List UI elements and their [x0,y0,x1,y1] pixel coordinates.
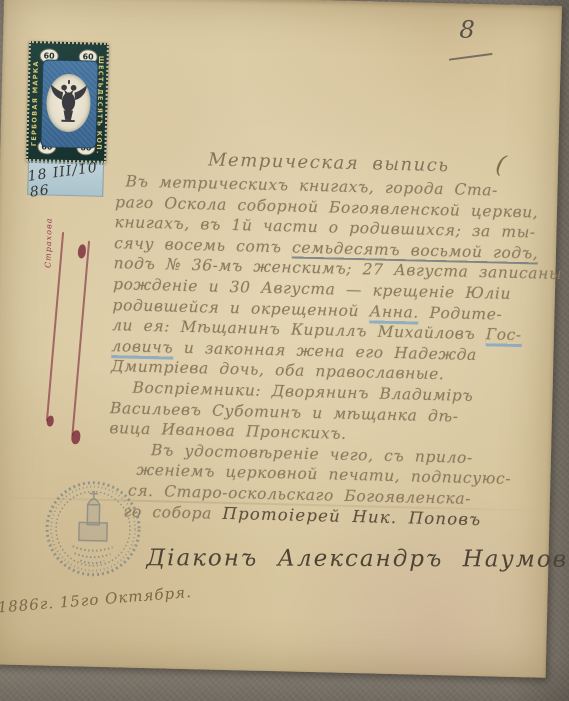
document-page: ГЕРБОВАЯ МАРКА ШЕСТЬДЕСЯТЪ КОП. 60 60 60… [0,0,562,678]
revenue-stamp-frame: ГЕРБОВАЯ МАРКА ШЕСТЬДЕСЯТЪ КОП. 60 60 60… [26,41,109,163]
red-ink-blot [47,416,54,427]
margin-note-label: Страхова [43,217,53,268]
document-title: Метрическая выпись [208,149,450,176]
margin-note-red: Страхова [31,215,107,452]
ink-flourish: ( [493,150,509,180]
page-number: 8 [459,16,475,44]
text-run: сячу восемь сотъ [114,234,292,256]
deacon-signature: Діаконъ Александръ Наумовъ [146,545,546,572]
stamp-tab: 18 III/10 86 [27,161,104,197]
text-run: Родите- [419,303,503,323]
text-run: Анна. [369,302,419,321]
inline-signature: Протоіерей Ник. Поповъ [222,503,481,528]
text-run: вица Иванова Пронскихъ. [109,419,347,443]
page-number-underline [449,53,493,61]
text-run: Гос- [486,325,522,344]
revenue-stamp: ГЕРБОВАЯ МАРКА ШЕСТЬДЕСЯТЪ КОП. 60 60 60… [25,41,111,197]
red-ink-blot [71,430,80,444]
red-ink-line [71,241,90,436]
church-seal-icon [42,477,144,579]
stamp-tab-inscription: 18 III/10 86 [27,159,105,201]
red-ink-blot [78,244,86,258]
date-note: 1886г. 15го Октября. [0,583,192,617]
text-run: ловичъ [111,337,173,357]
body-lines: Въ метрическихъ книгахъ, города Ста-раго… [107,171,555,532]
double-headed-eagle-icon [49,76,88,131]
photo-backdrop: ГЕРБОВАЯ МАРКА ШЕСТЬДЕСЯТЪ КОП. 60 60 60… [0,0,569,701]
stamp-center-oval [46,73,91,132]
